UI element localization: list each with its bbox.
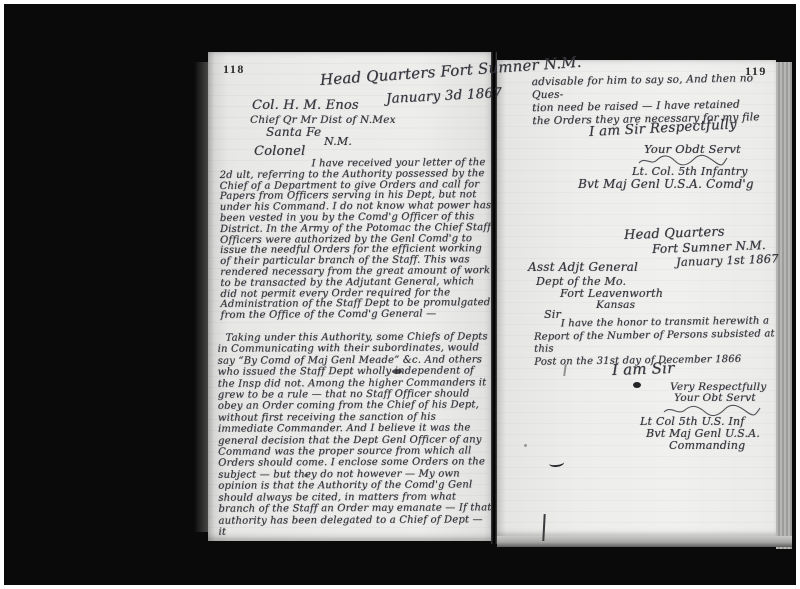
ink-blot	[633, 382, 641, 388]
letter2-address-line4: Kansas	[596, 299, 635, 311]
letter1-address-line1: Col. H. M. Enos	[252, 98, 359, 113]
ink-blot	[392, 369, 402, 374]
letter1-address-line4: N.M.	[324, 135, 352, 148]
letter2-closing-iamsir: I am Sir	[612, 359, 675, 379]
letter1-address-line3: Santa Fe	[266, 125, 321, 139]
ink-speck	[304, 474, 308, 477]
letter2-closing-obt-servt: Your Obt Servt	[674, 392, 756, 404]
microfilm-black-field: 118 Head Quarters Fort Sumner N.M. Janua…	[4, 4, 796, 585]
page-stack-bottom-edge	[497, 536, 792, 547]
letter2-closing-commanding: Commanding	[669, 439, 745, 452]
microfilm-scan: 118 Head Quarters Fort Sumner N.M. Janua…	[0, 0, 800, 589]
page-stack-fore-edge	[776, 62, 792, 549]
left-page-edge-shadow	[194, 62, 208, 532]
letter1-closing-brevet: Bvt Maj Genl U.S.A. Comd'g	[578, 177, 754, 191]
ink-speck	[524, 444, 527, 447]
letter2-address-line1: Asst Adjt General	[528, 260, 638, 274]
letter1-paragraph2: Taking under this Authority, some Chiefs…	[217, 331, 492, 538]
letter1-salutation: Colonel	[254, 144, 305, 159]
letter1-paragraph1: I have received your letter of the 2d ul…	[219, 158, 492, 322]
page-number-left: 118	[223, 62, 245, 77]
